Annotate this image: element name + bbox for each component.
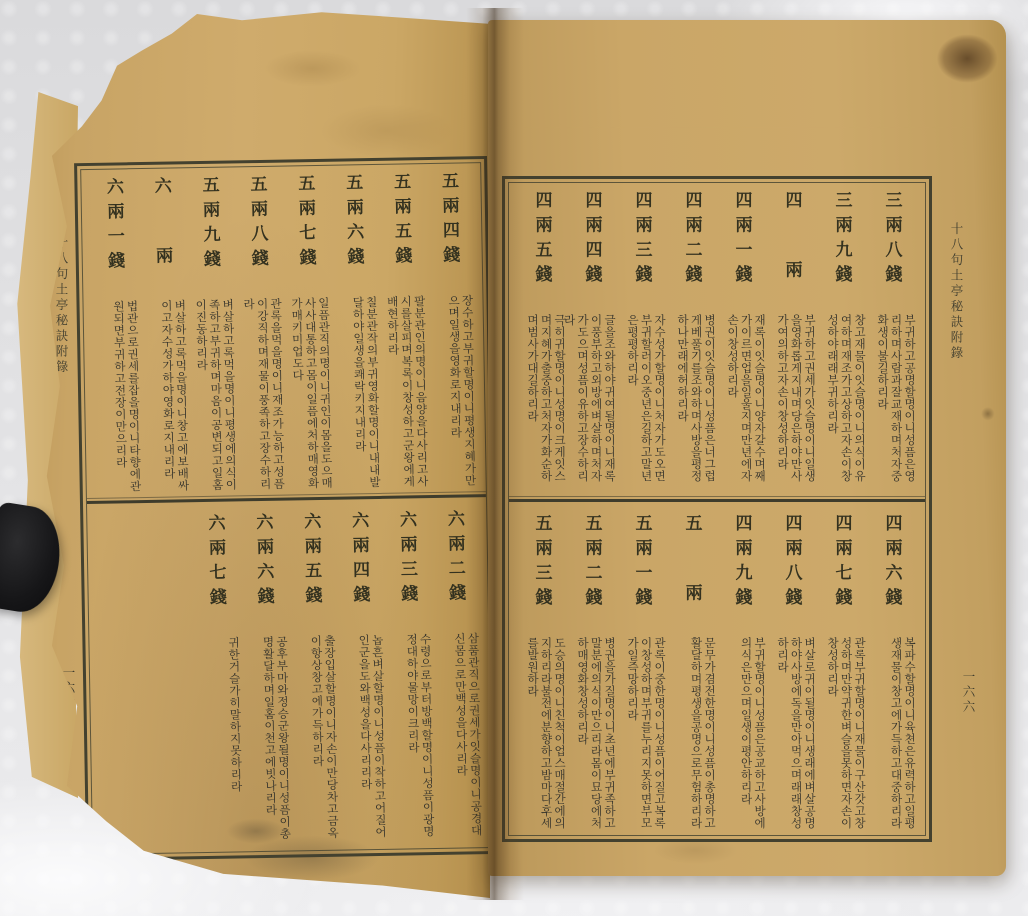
entry-amount-title: 六兩六錢	[250, 513, 277, 625]
right-page-bottom-band: 四兩六錢 복파수할명이니육쳔은유력하고일평생재물이창고에가득하고대중하리라 四兩…	[509, 502, 925, 835]
entry-amount-title: 六兩一錢	[101, 177, 128, 289]
fortune-entry: 五兩三錢 도승의명이니친척이업스매절간에의지하리라불전에분향하고밤마다후세를발원…	[517, 510, 567, 833]
entry-fortune-text: 부귀하고공명할명이니성픔은영리하며사람과잘교재하며처자중화생이불길하리라	[867, 314, 917, 494]
fortune-entry: 六兩六錢 공후부마와정승군왕될명이니성픔이총명활달하며일홈이천고에빗나리라	[239, 509, 293, 849]
right-page: 十八句土亭秘訣附錄 一六六 三兩八錢 부귀하고공명할명이니성픔은영리하며사람과잘…	[488, 20, 1006, 876]
fortune-entry: 六兩五錢 출장입살할명이니자손이만당차고금옥이항상창고에가득하리라	[287, 508, 341, 848]
left-page-bottom-band: 六兩二錢 삼품관직으로권세가잇슬명이니공경대신몸으로만백성을다사리라 六兩三錢 …	[87, 497, 492, 854]
entry-fortune-text: 벼살하고록먹을명이니창고에보배싸이고자수성가하야영화로지내리라	[139, 299, 190, 495]
right-page-table-frame: 三兩八錢 부귀하고공명할명이니성픔은영리하며사람과잘교재하며처자중화생이불길하리…	[502, 176, 932, 842]
entry-fortune-text: 귀한거슬가히말하지못하리라	[193, 637, 245, 850]
entry-amount-title: 六兩四錢	[346, 511, 373, 623]
entry-fortune-text: 자수성가할명이니처자가도오면부귀할러이오중년은길하고말년은평평하리라	[617, 314, 667, 494]
fortune-entry: 五兩 문무가겸전한명이니성픔이총명하고활달하며평생을공명으로무험하리라	[667, 510, 717, 833]
right-page-table-inner-border: 三兩八錢 부귀하고공명할명이니성픔은영리하며사람과잘교재하며처자중화생이불길하리…	[508, 182, 926, 836]
entry-amount-title: 四兩	[780, 191, 805, 303]
entry-amount-title: 四兩五錢	[530, 191, 555, 303]
entry-amount-title: 六兩三錢	[394, 511, 421, 623]
entry-amount-title: 四兩一錢	[730, 191, 755, 303]
fortune-entry: 五兩七錢 일픔관직의명이니귀인이몸을도으매사사대통하고몸이일픔에처하매영화가매키…	[281, 170, 334, 493]
entry-fortune-text: 일픔관직의명이니귀인이몸을도으매사사대통하고몸이일픔에처하매영화가매키미업도다	[283, 297, 334, 493]
fortune-entry: 四兩九錢 부귀할명이니성픔은공교하고사방에의식은만으며일생이평안하리라	[717, 510, 767, 833]
fortune-entry: 三兩八錢 부귀하고공명할명이니성픔은영리하며사람과잘교재하며처자중화생이불길하리…	[867, 187, 917, 494]
fortune-entry: 四兩七錢 관록부귀할명이니재물이구산갓고창성하며만약귀한벼슬을못하면자손이창성하…	[817, 510, 867, 833]
entry-amount-title: 三兩八錢	[880, 191, 905, 303]
entry-amount-title: 五兩七錢	[292, 174, 319, 286]
left-page-table-frame: 五兩四錢 장수하고부귀할명이니평생지혜가만으며일생을영화로지내리라 五兩五錢 팔…	[74, 156, 499, 861]
entry-fortune-text: 벼살로귀이될명이니생래에벼살공명하야사방에독을만아먹으며래래창성하리라	[767, 637, 817, 833]
entry-fortune-text: 극히귀할명이니성명이크게잇스며지혜가출중하고처자가화순하며범사가대길하리라	[517, 314, 567, 494]
fortune-entry: 五兩八錢 관록을먹을명이니재조가능하고성픔이강직하며재물이풍족하고장수하리라	[233, 171, 286, 494]
fortune-entry: 三兩九錢 창고재물이잇슬명이니의식이유여하며재조가고상하고자손이창성하야래래부귀…	[817, 187, 867, 494]
left-page: 十八句土亭秘訣附錄 一六七 五兩四錢 장수하고부귀할명이니평생지혜가만으며일생을…	[22, 6, 490, 898]
entry-fortune-text: 삼품관직으로권세가잇슬명이니공경대신몸으로만백성을다사리라	[432, 633, 484, 846]
fortune-entry: 六兩三錢 수령으로부터방백할명이니성픔이광명정대하야물망이크리라	[382, 506, 436, 846]
entry-fortune-text: 팔분관인의명이니음양을다사리고사시를살피며복록이창성하고군왕에게배현하리라	[379, 295, 430, 491]
entry-fortune-text: 부귀하고권세가잇슬명이니일생을영화롭게지내며당은하야만사가여의하고자손이창성하리…	[767, 314, 817, 494]
entry-amount-title: 四兩三錢	[630, 191, 655, 303]
right-page-top-band: 三兩八錢 부귀하고공명할명이니성픔은영리하며사람과잘교재하며처자중화생이불길하리…	[509, 183, 925, 496]
fortune-entry: 四兩四錢 글을조와하야귀여될명이니재록이풍부하고외방에벼살하며처자가도으며성픔이…	[567, 187, 617, 494]
book-photo: 十八句土亭秘訣附錄 一六七 五兩四錢 장수하고부귀할명이니평생지혜가만으며일생을…	[0, 0, 1028, 916]
entry-amount-title: 六兩五錢	[298, 512, 325, 624]
fortune-entry: 五兩五錢 팔분관인의명이니음양을다사리고사시를살피며복록이창성하고군왕에게배현하…	[376, 168, 429, 491]
entry-fortune-text: 출장입살할명이니자손이만당차고금옥이항상창고에가득하리라	[289, 635, 341, 848]
entry-fortune-text: 복파수할명이니육쳔은유력하고일평생재물이창고에가득하고대중하리라	[867, 637, 917, 833]
entry-amount-title: 五兩四錢	[436, 171, 463, 283]
entry-amount-title: 五兩三錢	[530, 514, 555, 626]
entry-amount-title: 四兩四錢	[580, 191, 605, 303]
entry-fortune-text: 관록을먹을명이니재조가능하고성픔이강직하며재물이풍족하고장수하리라	[235, 298, 286, 494]
fortune-entry: 六兩四錢 놉흔벼살할명이니성픔이착하고어질어인군을도와백성을다사리리라	[334, 507, 388, 847]
fortune-entry: 四兩三錢 자수성가할명이니처자가도오면부귀할러이오중년은길하고말년은평평하리라	[617, 187, 667, 494]
fortune-entry: 五兩四錢 장수하고부귀할명이니평생지혜가만으며일생을영화로지내리라	[424, 167, 477, 490]
entry-fortune-text: 법관으로권세를잡을명이니타향에관원되면부귀하고전장이만으리라	[91, 300, 142, 496]
entry-fortune-text: 창고재물이잇슬명이니의식이유여하며재조가고상하고자손이창성하야래래부귀하리라	[817, 314, 867, 494]
right-page-number: 一六六	[959, 670, 977, 715]
fortune-entry: 五兩一錢 관록이중한명이니성픔이어질고복록이창성하며부귀를누리지못하면부모가일즉…	[617, 510, 667, 833]
entry-fortune-text: 공후부마와정승군왕될명이니성픔이총명활달하며일홈이천고에빗나리라	[241, 636, 293, 849]
entry-amount-title: 五兩五錢	[388, 172, 415, 284]
fortune-entry: 四兩一錢 재록이잇슬명이니양자갈수며째가이르면업을일울지며만년에자손이창성하리라	[717, 187, 767, 494]
fortune-entry: 四兩 부귀하고권세가잇슬명이니일생을영화롭게지내며당은하야만사가여의하고자손이창…	[767, 187, 817, 494]
entry-fortune-text: 문무가겸전한명이니성픔이총명하고활달하며평생을공명으로무험하리라	[667, 637, 717, 833]
entry-amount-title: 六兩	[149, 176, 176, 288]
right-page-edition-title: 十八句土亭秘訣附錄	[947, 222, 965, 362]
entry-amount-title: 五兩一錢	[630, 514, 655, 626]
fortune-entry: 四兩二錢 병권이잇슬명이니성픔은너그럽게베풀기를조와하며사방을평정하나만래에허하…	[667, 187, 717, 494]
entry-amount-title: 四兩八錢	[780, 514, 805, 626]
fortune-entry: 四兩八錢 벼살로귀이될명이니생래에벼살공명하야사방에독을만아먹으며래래창성하리라	[767, 510, 817, 833]
fortune-entry: 四兩六錢 복파수할명이니육쳔은유력하고일평생재물이창고에가득하고대중하리라	[867, 510, 917, 833]
entry-amount-title: 五兩六錢	[340, 173, 367, 285]
entry-fortune-text: 장수하고부귀할명이니평생지혜가만으며일생을영화로지내리라	[427, 294, 478, 490]
entry-fortune-text: 관록부귀할명이니재물이구산갓고창성하며만약귀한벼슬을못하면자손이창성하리라	[817, 637, 867, 833]
left-page-top-band: 五兩四錢 장수하고부귀할명이니평생지혜가만으며일생을영화로지내리라 五兩五錢 팔…	[81, 163, 486, 498]
entry-amount-title: 四兩九錢	[730, 514, 755, 626]
entry-amount-title: 四兩六錢	[880, 514, 905, 626]
entry-fortune-text: 관록이중한명이니성픔이어질고복록이창성하며부귀를누리지못하면부모가일즉망하리라	[617, 637, 667, 833]
fortune-entry: 六兩七錢 귀한거슬가히말하지못하리라	[191, 510, 245, 850]
entry-fortune-text: 재록이잇슬명이니양자갈수며째가이르면업을일울지며만년에자손이창성하리라	[717, 314, 767, 494]
fortune-entry: 六兩二錢 삼품관직으로권세가잇슬명이니공경대신몸으로만백성을다사리라	[430, 506, 484, 846]
entry-amount-title: 四兩二錢	[680, 191, 705, 303]
entry-amount-title: 五兩八錢	[244, 175, 271, 287]
entry-amount-title: 六兩二錢	[442, 510, 469, 622]
fortune-entry: 四兩五錢 극히귀할명이니성명이크게잇스며지혜가출중하고처자가화순하며범사가대길하…	[517, 187, 567, 494]
left-page-table-inner-border: 五兩四錢 장수하고부귀할명이니평생지혜가만으며일생을영화로지내리라 五兩五錢 팔…	[80, 162, 493, 855]
fortune-entry: 五兩二錢 병권을가질명이니초년에부귀족하고말분에의식이만으리라몸이묘당에처하매영…	[567, 510, 617, 833]
entry-amount-title: 五兩	[680, 514, 705, 626]
entry-amount-title: 五兩二錢	[580, 514, 605, 626]
fortune-entry: 五兩九錢 벼살하고록먹을명이니평생에의식이족하고부귀하며마음이공변되고일홈이진동…	[185, 171, 238, 494]
entry-amount-title: 五兩九錢	[196, 176, 223, 288]
entry-amount-title: 四兩七錢	[830, 514, 855, 626]
entry-fortune-text: 벼살하고록먹을명이니평생에의식이족하고부귀하며마음이공변되고일홈이진동하리라	[187, 298, 238, 494]
fortune-entry: 六兩 벼살하고록먹을명이니창고에보배싸이고자수성가하야영화로지내리라	[137, 172, 190, 495]
entry-fortune-text: 병권이잇슬명이니성픔은너그럽게베풀기를조와하며사방을평정하나만래에허하리라	[667, 314, 717, 494]
fortune-entry: 六兩一錢 법관으로권세를잡을명이니타향에관원되면부귀하고전장이만으리라	[89, 173, 142, 496]
entry-amount-title: 六兩七錢	[202, 514, 229, 626]
fortune-entry: 五兩六錢 칠분관작의부귀영화할명이니내내발달하야일생을쾌락키지내리라	[329, 169, 382, 492]
entry-fortune-text: 부귀할명이니성픔은공교하고사방에의식은만으며일생이평안하리라	[717, 637, 767, 833]
entry-fortune-text: 칠분관작의부귀영화할명이니내내발달하야일생을쾌락키지내리라	[331, 296, 382, 492]
entry-fortune-text: 수령으로부터방백할명이니성픔이광명정대하야물망이크리라	[385, 633, 437, 846]
entry-fortune-text: 도승의명이니친척이업스매절간에의지하리라불전에분향하고밤마다후세를발원하라	[517, 637, 567, 833]
entry-fortune-text: 글을조와하야귀여될명이니재록이풍부하고외방에벼살하며처자가도으며성픔이유하고장수…	[567, 314, 617, 494]
entry-fortune-text: 놉흔벼살할명이니성픔이착하고어질어인군을도와백성을다사리리라	[337, 634, 389, 847]
entry-amount-title: 三兩九錢	[830, 191, 855, 303]
entry-fortune-text: 병권을가질명이니초년에부귀족하고말분에의식이만으리라몸이묘당에처하매영화창성하리…	[567, 637, 617, 833]
